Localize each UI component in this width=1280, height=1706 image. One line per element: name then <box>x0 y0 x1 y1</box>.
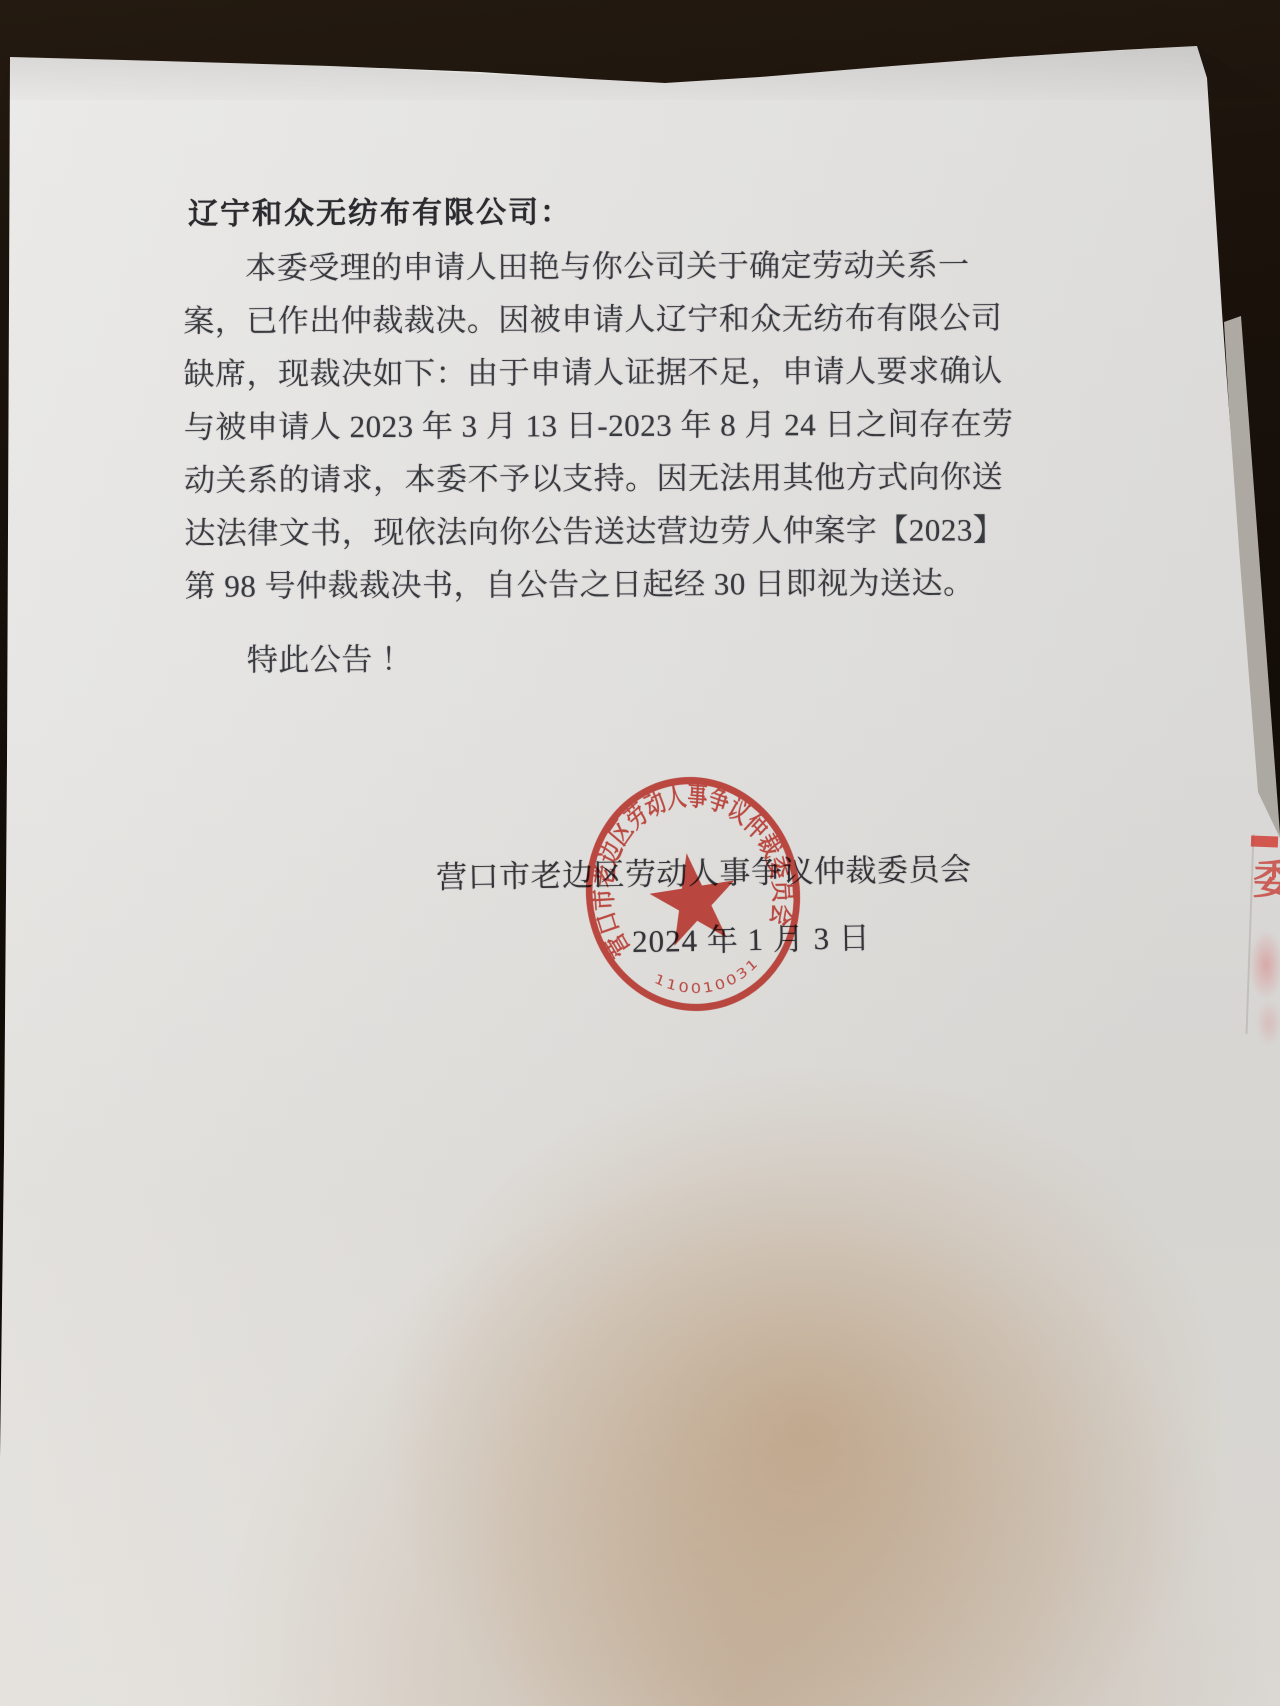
body-line: 动关系的请求，本委不予以支持。因无法用其他方式向你送 <box>184 450 1014 507</box>
stamp-smudge <box>1256 1000 1280 1046</box>
closing-line: 特此公告 ！ <box>185 630 1015 687</box>
edge-stamp-char: 委 <box>1252 846 1280 907</box>
body-line: 第 98 号仲裁裁决书，自公告之日起经 30 日即视为送达。 <box>184 556 1014 613</box>
seal-star-icon <box>644 846 743 948</box>
official-seal-graphic: 营口市老边区劳动人事争议仲裁委员会 11001003179 <box>562 754 824 1034</box>
recipient-line: 辽宁和众无纺布有限公司： <box>188 187 572 233</box>
stamp-smudge <box>1249 930 1280 1000</box>
body-line: 达法律文书，现依法向你公告送达营边劳人仲案字【2023】 <box>184 503 1014 560</box>
official-seal: 营口市老边区劳动人事争议仲裁委员会 11001003179 <box>562 754 824 1034</box>
body-line: 案，已作出仲裁裁决。因被申请人辽宁和众无纺布有限公司 <box>183 291 1013 348</box>
body-line: 本委受理的申请人田艳与你公司关于确定劳动关系一 <box>183 238 1013 295</box>
body-line: 与被申请人 2023 年 3 月 13 日-2023 年 8 月 24 日之间存… <box>184 397 1014 454</box>
photo-background: 辽宁和众无纺布有限公司： 本委受理的申请人田艳与你公司关于确定劳动关系一 案，已… <box>0 0 1280 1706</box>
body-paragraph: 本委受理的申请人田艳与你公司关于确定劳动关系一 案，已作出仲裁裁决。因被申请人辽… <box>183 238 1015 687</box>
body-line: 缺席，现裁决如下：由于申请人证据不足，申请人要求确认 <box>183 344 1013 401</box>
